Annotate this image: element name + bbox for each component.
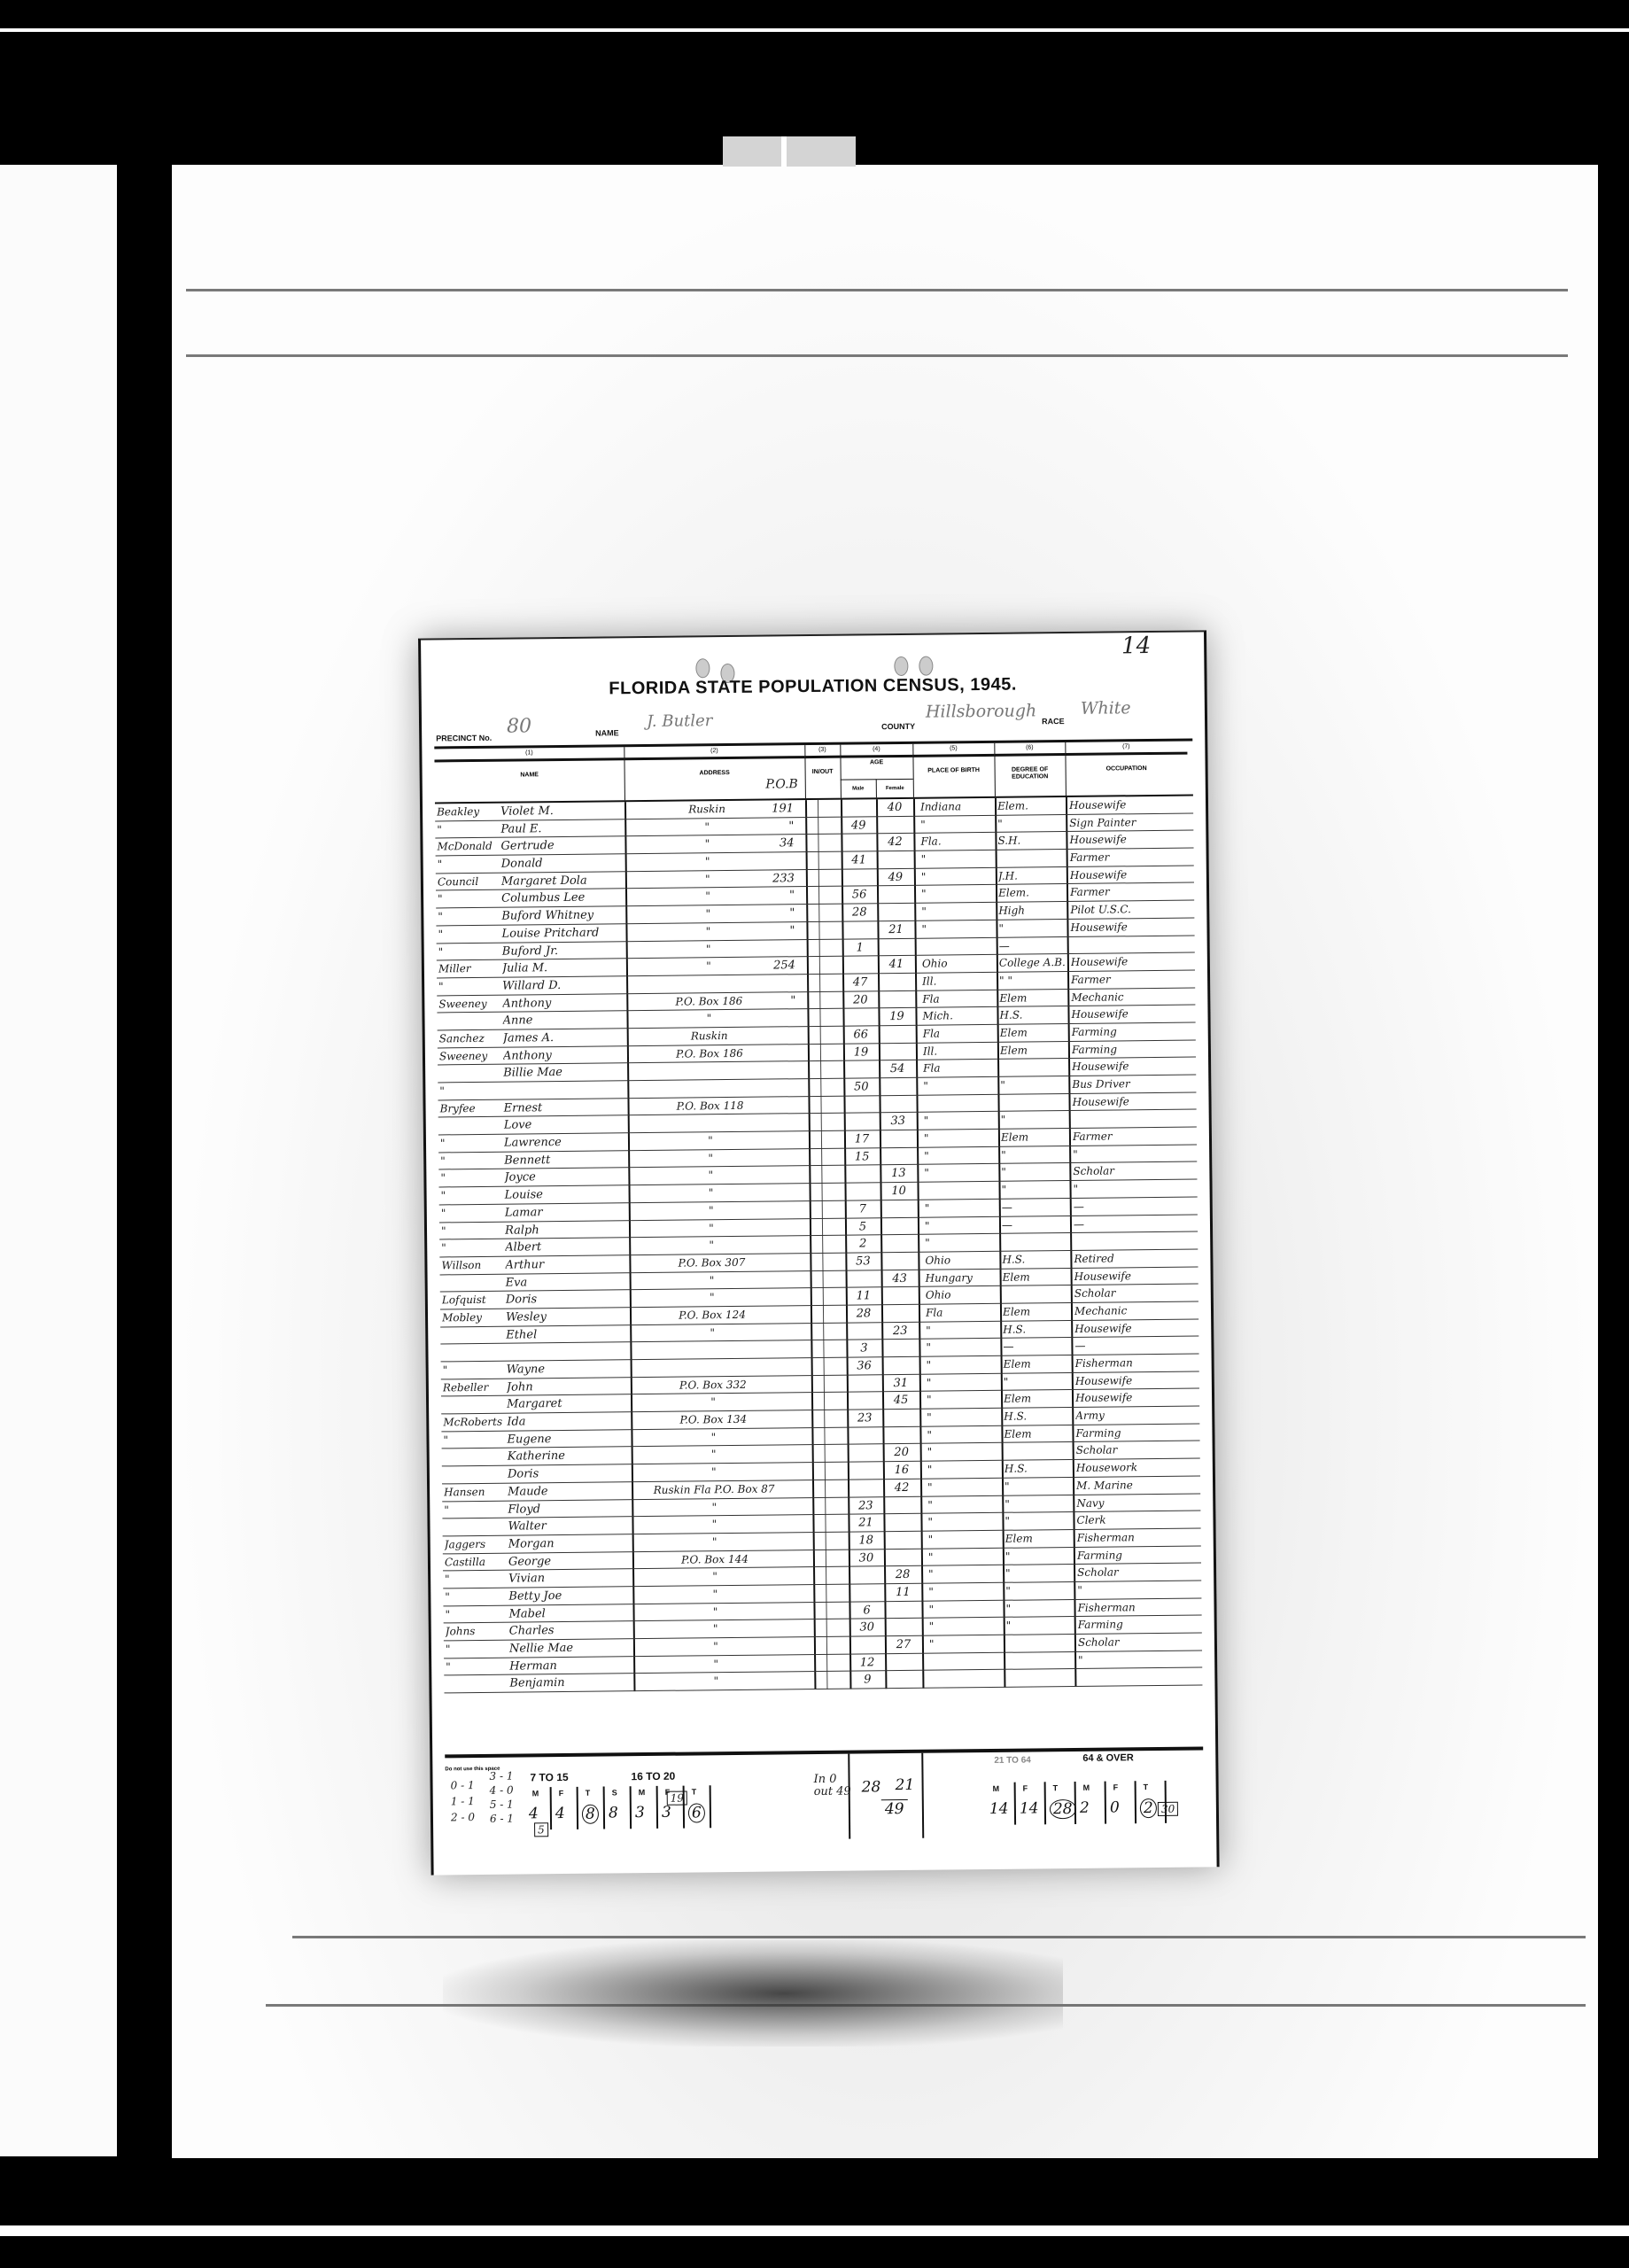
birthplace-cell: "	[921, 903, 992, 920]
birthplace-cell: "	[926, 1339, 997, 1356]
occupation-cell: M. Marine	[1076, 1476, 1195, 1494]
age-female-cell: 13	[880, 1165, 917, 1182]
education-cell: Elem	[1003, 1269, 1072, 1286]
age-female-cell: 11	[884, 1584, 921, 1601]
age-female-cell	[878, 990, 915, 1007]
age-female-cell: 49	[877, 869, 914, 886]
age-male-cell: 47	[842, 974, 878, 990]
surname-cell: Willson	[441, 1257, 503, 1274]
occupation-cell: Housewife	[1072, 1092, 1191, 1110]
col-number: (7)	[1065, 743, 1187, 756]
col-caption: PLACE OF BIRTH	[913, 767, 995, 775]
given-name-cell: Ralph	[505, 1221, 629, 1239]
birthplace-cell: "	[927, 1374, 997, 1392]
occupation-cell: Farmer	[1073, 1128, 1191, 1146]
surname-cell: Sanchez	[439, 1030, 501, 1047]
scan-smudge	[443, 1940, 1063, 2047]
precinct-label: PRECINCT No.	[436, 734, 492, 743]
occupation-cell: Housewife	[1069, 796, 1188, 814]
given-name-cell: Walter	[508, 1517, 632, 1534]
header-col-birthplace: (5) PLACE OF BIRTH	[912, 743, 996, 797]
age-male-cell: 7	[845, 1200, 880, 1217]
header-col-in-out: (3) IN/OUT	[804, 745, 842, 798]
totals-divider	[656, 1786, 658, 1829]
given-name-cell: Buford Whitney	[501, 906, 625, 924]
education-cell: H.S.	[999, 1006, 1068, 1024]
given-name-cell: Anthony	[502, 994, 626, 1012]
given-name-cell	[503, 1081, 627, 1099]
given-name-cell: Lawrence	[504, 1133, 628, 1151]
occupation-cell: Farming	[1075, 1424, 1194, 1441]
age-male-cell	[843, 1096, 879, 1113]
surname-cell: "	[438, 908, 500, 925]
education-cell: H.S.	[1004, 1408, 1073, 1425]
birthplace-cell: "	[926, 1321, 997, 1339]
given-name-cell: Willard D.	[502, 976, 626, 994]
age-female-cell: 23	[881, 1322, 919, 1339]
7_15-value: 8	[582, 1805, 599, 1824]
education-cell: "	[1001, 1163, 1070, 1181]
given-name-cell: Joyce	[504, 1169, 628, 1186]
birthplace-cell: Ill.	[923, 1043, 994, 1060]
age-female-total: 21	[896, 1776, 915, 1794]
address-number-cell	[749, 1219, 803, 1236]
given-name-cell: Mabel	[508, 1604, 632, 1622]
age-male-cell: 11	[846, 1287, 881, 1304]
given-name-cell: Margaret Dola	[501, 872, 625, 889]
education-cell: "	[1001, 1111, 1070, 1129]
given-name-cell: Buford Jr.	[502, 942, 626, 959]
address-number-cell	[748, 1027, 802, 1044]
age-male-cell: 1	[842, 939, 878, 956]
age-female-cell: 10	[880, 1183, 917, 1200]
given-name-cell: Ernest	[503, 1099, 627, 1116]
address-number-cell	[753, 1550, 807, 1567]
occupation-cell: Farmer	[1070, 849, 1189, 866]
given-name-cell: Love	[504, 1116, 628, 1134]
birthplace-cell: "	[927, 1356, 997, 1374]
surname-cell: "	[444, 1501, 506, 1518]
age-female-cell	[877, 904, 914, 920]
document-title: FLORIDA STATE POPULATION CENSUS, 1945.	[422, 672, 1205, 701]
address-number-cell	[752, 1515, 806, 1532]
birthplace-cell: "	[921, 850, 992, 868]
given-name-cell: Arthur	[505, 1255, 629, 1273]
given-name-cell: Louise Pritchard	[501, 924, 625, 942]
header-col-occupation: (7) OCCUPATION	[1065, 742, 1188, 796]
age-male-cell: 17	[844, 1130, 880, 1147]
occupation-cell: Mechanic	[1071, 988, 1190, 1006]
occupation-cell	[1073, 1110, 1191, 1128]
age-female-cell: 54	[879, 1060, 916, 1077]
surname-cell	[444, 1466, 506, 1483]
birthplace-cell: "	[923, 1077, 994, 1095]
education-cell	[1000, 1094, 1069, 1112]
education-cell: S.H.	[997, 832, 1067, 850]
occupation-cell: —	[1074, 1197, 1192, 1215]
birthplace-cell: "	[924, 1147, 995, 1165]
age-male-cell	[841, 799, 876, 816]
education-cell: "	[1005, 1478, 1074, 1495]
surname-cell: "	[441, 1222, 503, 1239]
age-female-cell	[879, 1095, 916, 1112]
occupation-cell: Retired	[1074, 1249, 1192, 1267]
surname-cell: "	[445, 1605, 507, 1622]
age-female-cell	[880, 1148, 917, 1165]
birthplace-cell	[922, 937, 993, 955]
education-cell: Elem	[1000, 1042, 1069, 1060]
address-number-cell	[751, 1428, 805, 1445]
education-cell	[1000, 1059, 1069, 1076]
age-female-cell	[885, 1619, 922, 1635]
given-name-cell: Doris	[508, 1464, 632, 1482]
education-cell: "	[1005, 1600, 1074, 1618]
education-cell: Elem	[1001, 1129, 1070, 1146]
age-male-cell	[849, 1566, 884, 1583]
education-cell: H.S.	[1005, 1460, 1074, 1478]
header-col-age: (4) AGE Male Female	[840, 744, 914, 798]
age-female-cell	[879, 1043, 916, 1060]
age-female-cell: 27	[885, 1636, 922, 1653]
7_15-value: 4	[529, 1805, 539, 1822]
address-number-cell	[748, 1061, 802, 1078]
surname-cell: McRoberts	[443, 1414, 505, 1431]
subtotal-30: 30	[1158, 1802, 1178, 1816]
age-male-cell: 21	[848, 1514, 883, 1531]
age-male-cell	[849, 1636, 885, 1653]
age-male-cell: 23	[848, 1497, 883, 1514]
occupation-cell: "	[1077, 1581, 1196, 1598]
board-crease-line	[186, 354, 1568, 357]
address-number-cell	[753, 1567, 807, 1584]
age-female-cell	[881, 1340, 919, 1356]
age-male-cell: 30	[849, 1550, 884, 1566]
birthplace-cell: Indiana	[920, 798, 991, 816]
birthplace-cell: Ohio	[925, 1252, 996, 1270]
given-name-cell: Herman	[509, 1657, 633, 1674]
board-crease-line	[292, 1936, 1586, 1938]
age-grand-total: 49	[881, 1799, 908, 1818]
age-female-cell	[881, 1305, 919, 1322]
totals-divider	[1105, 1782, 1106, 1824]
board-crease-line	[186, 289, 1568, 291]
age-female-cell	[881, 1287, 919, 1304]
film-edge-top	[0, 28, 1629, 32]
birthplace-cell: "	[927, 1426, 997, 1444]
age-male-cell: 18	[849, 1532, 884, 1549]
occupation-cell: Housewife	[1074, 1267, 1193, 1285]
birthplace-cell: "	[920, 816, 991, 834]
address-number-cell	[750, 1306, 804, 1323]
birthplace-cell: Ohio	[922, 955, 993, 973]
given-name-cell: Betty Joe	[508, 1587, 632, 1604]
age-male-cell	[843, 1061, 879, 1078]
birthplace-cell: "	[921, 920, 992, 938]
occupation-cell: Scholar	[1078, 1634, 1197, 1651]
given-name-cell: Anthony	[503, 1046, 627, 1064]
address-number-cell	[749, 1184, 803, 1200]
birthplace-cell	[929, 1653, 1000, 1671]
21_64-col-label: F	[1023, 1784, 1028, 1793]
col-number: (4)	[840, 746, 912, 758]
age-female-cell	[884, 1601, 921, 1618]
given-name-cell: Julia M.	[502, 959, 626, 976]
age-female-cell: 41	[878, 956, 915, 973]
punch-hole	[919, 656, 933, 676]
surname-cell	[442, 1274, 504, 1291]
adjacent-frame-left	[0, 165, 117, 2156]
given-name-cell	[506, 1343, 630, 1361]
age-female-cell	[883, 1514, 920, 1531]
col-sub-male: Male	[841, 779, 877, 797]
enumerator-name-label: NAME	[595, 728, 619, 737]
age-male-cell: 23	[847, 1410, 882, 1426]
age-female-cell	[876, 817, 913, 834]
16_20-col-label: S	[612, 1788, 617, 1797]
occupation-cell	[1071, 936, 1190, 953]
given-name-cell: Morgan	[508, 1534, 632, 1552]
21_64-value: 28	[1050, 1799, 1076, 1819]
education-cell: Elem.	[998, 884, 1067, 902]
age-female-cell: 45	[882, 1392, 919, 1409]
birthplace-cell: Fla	[926, 1304, 997, 1322]
address-number-cell: 34	[745, 835, 799, 852]
county-label: COUNTY	[881, 722, 915, 731]
education-cell: Elem	[1004, 1425, 1073, 1443]
age-female-cell	[885, 1653, 922, 1670]
occupation-cell: Housewife	[1074, 1319, 1193, 1337]
birthplace-cell: "	[925, 1200, 996, 1217]
surname-cell: Beakley	[437, 804, 499, 820]
education-cell: —	[1002, 1216, 1071, 1233]
education-cell: —	[1002, 1199, 1071, 1216]
education-cell: Elem	[1005, 1530, 1074, 1548]
education-cell	[1003, 1285, 1072, 1303]
64_over-col-label: M	[1083, 1783, 1090, 1792]
occupation-cell: Farming	[1072, 1022, 1191, 1040]
birthplace-cell: "	[928, 1600, 999, 1618]
given-name-cell: Wesley	[506, 1308, 630, 1325]
surname-cell: Castilla	[445, 1553, 507, 1570]
surname-cell: Rebeller	[443, 1379, 505, 1395]
birthplace-cell: "	[924, 1112, 995, 1130]
totals-section: Do not use this space 0 - 1 1 - 1 2 - 0 …	[445, 1746, 1204, 1843]
address-number-cell: "	[745, 818, 799, 835]
totals-divider	[630, 1786, 632, 1829]
given-name-cell: Ethel	[506, 1325, 630, 1343]
7_15-col-label: F	[559, 1789, 564, 1798]
age-male-cell: 28	[842, 904, 877, 920]
surname-cell: Sweeney	[438, 995, 500, 1012]
header-col-address: (2) ADDRESS P.O.B	[624, 745, 806, 800]
col-number: (5)	[912, 745, 994, 757]
education-cell: —	[999, 936, 1068, 954]
education-cell: Elem	[1004, 1390, 1073, 1408]
age-female-cell	[879, 1026, 916, 1043]
age-female-cell	[882, 1427, 919, 1444]
occupation-cell: Farming	[1077, 1546, 1196, 1564]
age-male-cell: 19	[843, 1044, 879, 1060]
64_over-col-label: T	[1144, 1783, 1149, 1791]
given-name-cell: Wayne	[507, 1360, 631, 1378]
group-16-20-label: 16 TO 20	[631, 1770, 675, 1783]
education-cell: " "	[999, 972, 1068, 990]
age-female-cell: 42	[876, 834, 913, 850]
given-name-cell: Donald	[501, 854, 625, 872]
given-name-cell: James A.	[503, 1029, 627, 1046]
occupation-cell: Pilot U.S.C.	[1070, 901, 1189, 919]
surname-cell: "	[438, 890, 500, 907]
binder-clip	[723, 136, 856, 167]
birthplace-cell: "	[929, 1635, 1000, 1653]
age-female-cell	[877, 851, 914, 868]
occupation-cell: Scholar	[1073, 1162, 1191, 1180]
64_over-value: 2	[1080, 1799, 1090, 1817]
age-female-cell: 28	[884, 1566, 921, 1583]
given-name-cell: Katherine	[508, 1448, 632, 1465]
surname-cell: "	[438, 943, 500, 959]
tally-right-1: 4 - 0	[490, 1784, 514, 1797]
table-header: (1) NAME (2) ADDRESS P.O.B (3) IN/OUT (4…	[434, 742, 1193, 804]
surname-cell: "	[446, 1658, 508, 1674]
given-name-cell: Anne	[502, 1011, 626, 1029]
age-male-cell: 30	[849, 1619, 885, 1636]
age-female-cell	[878, 974, 915, 990]
address-number-cell	[749, 1236, 803, 1253]
age-male-cell: 56	[842, 887, 877, 904]
age-female-cell	[884, 1532, 921, 1549]
birthplace-cell: "	[928, 1548, 999, 1565]
address-number-cell	[748, 1097, 802, 1114]
surname-cell: "	[440, 1169, 502, 1186]
given-name-cell: Benjamin	[509, 1674, 633, 1692]
education-cell: J.H.	[998, 867, 1067, 885]
21_64-col-label: T	[1053, 1783, 1059, 1792]
birthplace-cell: "	[928, 1531, 999, 1549]
age-female-cell: 40	[876, 799, 913, 816]
age-male-cell: 41	[842, 851, 877, 868]
address-number-cell: "	[746, 905, 800, 921]
age-male-cell	[841, 835, 876, 851]
surname-cell: "	[438, 978, 500, 995]
occupation-cell: Housewife	[1075, 1389, 1194, 1407]
age-female-cell: 31	[882, 1374, 919, 1391]
occupation-cell: Scholar	[1076, 1441, 1195, 1459]
surname-cell: "	[440, 1152, 502, 1169]
age-female-cell: 16	[883, 1462, 920, 1479]
education-cell: Elem	[1004, 1355, 1073, 1373]
birthplace-cell: "	[927, 1409, 997, 1426]
given-name-cell: Louise	[505, 1185, 629, 1203]
occupation-cell: Housewife	[1072, 1058, 1191, 1076]
tally-right-3: 6 - 1	[490, 1813, 514, 1825]
birthplace-cell: Ill.	[922, 973, 993, 990]
punch-hole	[894, 656, 908, 676]
address-number-cell	[746, 852, 800, 869]
16_20-value: 8	[609, 1804, 618, 1821]
education-cell: "	[1005, 1565, 1074, 1582]
occupation-cell: Clerk	[1076, 1511, 1195, 1529]
age-male-cell	[847, 1375, 882, 1392]
21_64-value: 14	[989, 1800, 1009, 1818]
occupation-cell: Sign Painter	[1069, 813, 1188, 831]
occupation-cell: "	[1073, 1180, 1191, 1198]
surname-cell: Jaggers	[445, 1536, 507, 1553]
education-cell: "	[1005, 1582, 1074, 1600]
age-female-cell: 33	[880, 1113, 917, 1130]
col-number: (2)	[624, 747, 804, 760]
surname-cell: Council	[438, 873, 500, 889]
surname-cell	[443, 1396, 505, 1413]
education-cell: H.S.	[1003, 1321, 1072, 1339]
education-cell: Elem.	[997, 797, 1067, 815]
age-male-cell	[842, 1008, 878, 1025]
enumerator-name-value: J. Butler	[647, 711, 713, 731]
occupation-cell: Housewife	[1070, 918, 1189, 936]
age-male-cell: 6	[849, 1602, 884, 1619]
birthplace-cell: "	[921, 868, 992, 886]
occupation-cell: Housewife	[1075, 1371, 1194, 1389]
surname-cell	[440, 1117, 502, 1134]
given-name-cell: Floyd	[508, 1500, 632, 1518]
surname-cell: Bryfee	[439, 1099, 501, 1116]
given-name-cell: Ida	[507, 1412, 631, 1430]
surname-cell: "	[441, 1239, 503, 1256]
surname-cell: "	[446, 1641, 508, 1658]
punch-hole	[695, 658, 710, 678]
age-female-cell: 42	[883, 1480, 920, 1496]
age-male-cell: 53	[845, 1253, 880, 1270]
birthplace-cell: Fla	[923, 1025, 994, 1043]
given-name-cell: Violet M.	[500, 802, 624, 819]
address-number-cell	[749, 1254, 803, 1270]
age-female-cell	[882, 1410, 919, 1426]
header-col-education: (6) DEGREE OF EDUCATION	[994, 742, 1067, 796]
education-cell	[1006, 1669, 1075, 1687]
address-number-cell	[753, 1603, 807, 1619]
birthplace-cell: "	[928, 1583, 999, 1601]
occupation-cell: Farming	[1078, 1616, 1197, 1634]
given-name-cell: Margaret	[507, 1395, 631, 1413]
occupation-cell	[1074, 1232, 1192, 1250]
address-number-cell	[752, 1498, 806, 1515]
col-caption: DEGREE OF EDUCATION	[995, 766, 1066, 781]
age-male-cell: 5	[845, 1218, 880, 1235]
address-number-cell: 254	[747, 957, 801, 974]
birthplace-cell	[923, 1095, 994, 1113]
surname-cell	[442, 1326, 504, 1343]
age-male-cell: 2	[845, 1235, 880, 1252]
16_20-value: 3	[662, 1804, 671, 1821]
birthplace-cell: "	[928, 1565, 999, 1583]
64_over-col-label: F	[1113, 1783, 1119, 1791]
in-out-note: In 0 out 49	[813, 1774, 857, 1799]
surname-cell: "	[443, 1431, 505, 1448]
under-7-total: 5	[534, 1822, 548, 1837]
education-cell: "	[1006, 1617, 1075, 1635]
education-cell	[1005, 1442, 1074, 1460]
surname-cell: "	[438, 926, 500, 943]
age-female-cell	[880, 1235, 918, 1252]
address-number-cell	[748, 1045, 802, 1061]
address-number-cell	[749, 1201, 803, 1218]
age-male-cell	[848, 1445, 883, 1462]
address-number-cell: 191	[745, 800, 799, 817]
age-female-cell: 19	[878, 1008, 915, 1025]
totals-divider	[1135, 1781, 1136, 1823]
birthplace-cell	[929, 1670, 1000, 1688]
occupation-cell: Scholar	[1074, 1285, 1193, 1302]
